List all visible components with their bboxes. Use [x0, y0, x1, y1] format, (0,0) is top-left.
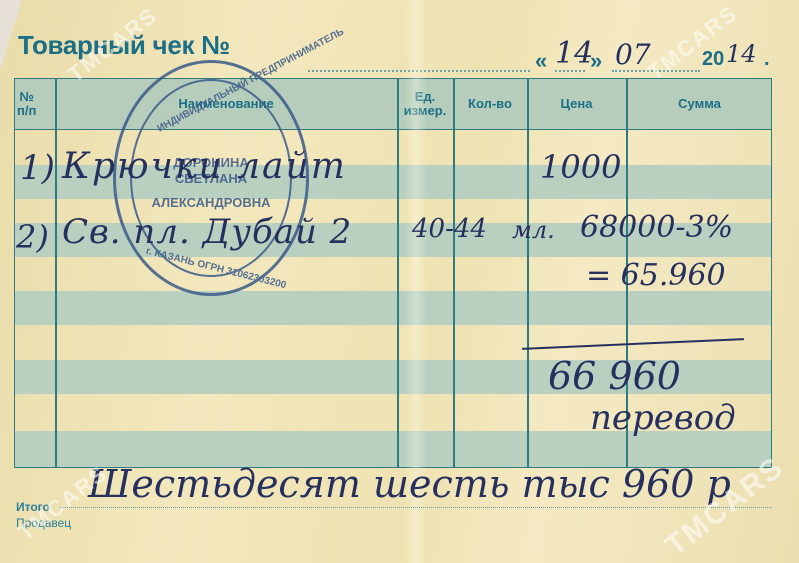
row-2-price: 68000-3% — [580, 210, 733, 245]
row-stripe — [15, 291, 771, 325]
date-close-quote: » — [590, 48, 602, 74]
header-sum: Сумма — [626, 79, 772, 129]
total-line — [60, 507, 772, 508]
date-day: 14 — [555, 36, 593, 71]
date-year-prefix: 20 — [702, 48, 724, 71]
header-row-number: № п/п — [17, 79, 55, 129]
column-divider — [527, 79, 529, 467]
handwritten-total: 66 960 — [548, 354, 681, 398]
row-1-number: 1) — [20, 148, 55, 188]
column-divider — [453, 79, 455, 467]
column-divider — [397, 79, 399, 467]
row-2-qty: мл. — [512, 216, 555, 244]
row-2-number: 2) — [16, 218, 49, 256]
total-in-words: Шестьдесят шесть тыс 960 р — [88, 462, 731, 506]
row-2-name: Св. пл. Дубай 2 — [62, 212, 352, 252]
column-divider — [55, 79, 57, 467]
date-period: . — [764, 48, 770, 71]
header-quantity: Кол-во — [453, 79, 527, 129]
date-open-quote: « — [535, 48, 547, 74]
row-1-price: 1000 — [540, 148, 621, 186]
row-1-name: Крючки лайт — [62, 146, 347, 187]
header-price: Цена — [527, 79, 626, 129]
date-day-line — [555, 70, 585, 72]
row-2-subtotal: = 65.960 — [586, 258, 726, 293]
row-2-unit: 40-44 — [412, 214, 487, 244]
payment-method-note: перевод — [590, 398, 736, 438]
stamp-line-3: АЛЕКСАНДРОВНА — [116, 195, 306, 210]
date-year-suffix: 14 — [726, 40, 757, 68]
